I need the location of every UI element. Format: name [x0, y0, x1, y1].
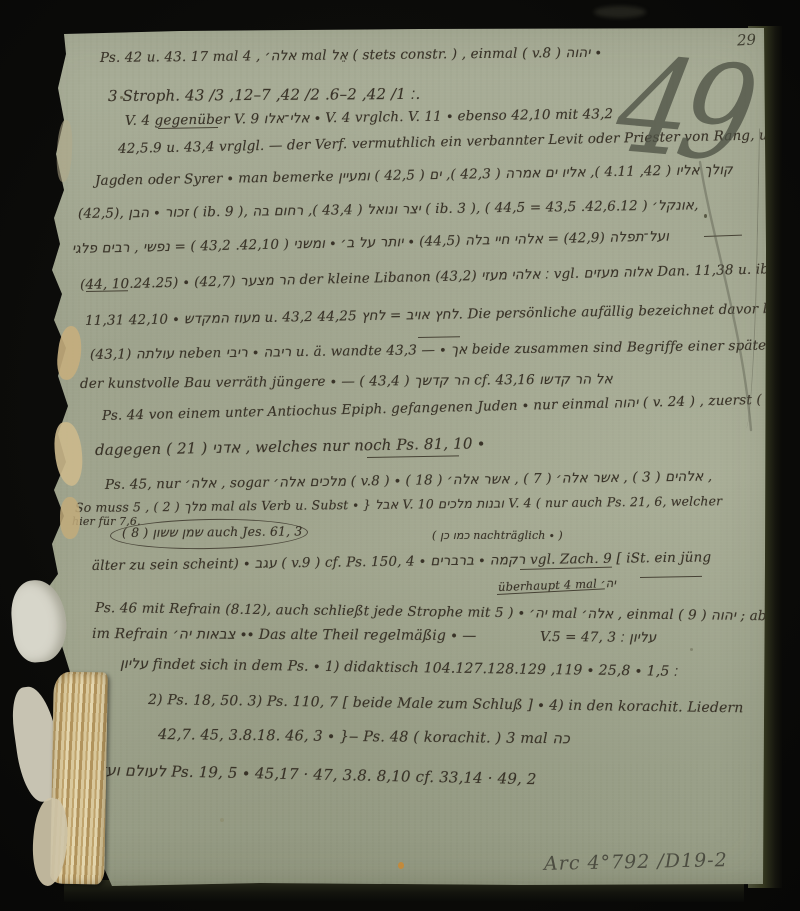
- foxing-speck: [704, 214, 707, 218]
- scan-smudge: [594, 6, 646, 18]
- torn-edge-patch: [60, 497, 80, 539]
- handwriting-line: im Refrain צבאות יה׳ ∙∙ Das alte Theil r…: [92, 626, 477, 644]
- pencil-folio-number: 49: [606, 40, 758, 181]
- page-number: 29: [737, 31, 757, 50]
- handwriting-fragment: V.5 = 47, 3 עליון ׃: [540, 629, 657, 646]
- manuscript-page: Ps. 42 u. 43. 17 mal אלה׳ , 4 mal אֵל ( …: [0, 0, 800, 911]
- scan-background: Ps. 42 u. 43. 17 mal אלה׳ , 4 mal אֵל ( …: [0, 0, 800, 911]
- orange-spot: [398, 862, 404, 869]
- foxing-speck: [220, 818, 224, 822]
- handwriting-line: 3 Stroph. ׃ 1/ 42, 2–6. 2/ 42, 7–12, 3/ …: [108, 85, 421, 105]
- foxing-speck: [120, 96, 123, 99]
- foxing-speck: [690, 648, 693, 651]
- archive-mark: Arc 4°792 /D19-2: [544, 849, 728, 875]
- handwriting-insertion: ( כמו כן nachträglich ∙ ): [432, 529, 563, 542]
